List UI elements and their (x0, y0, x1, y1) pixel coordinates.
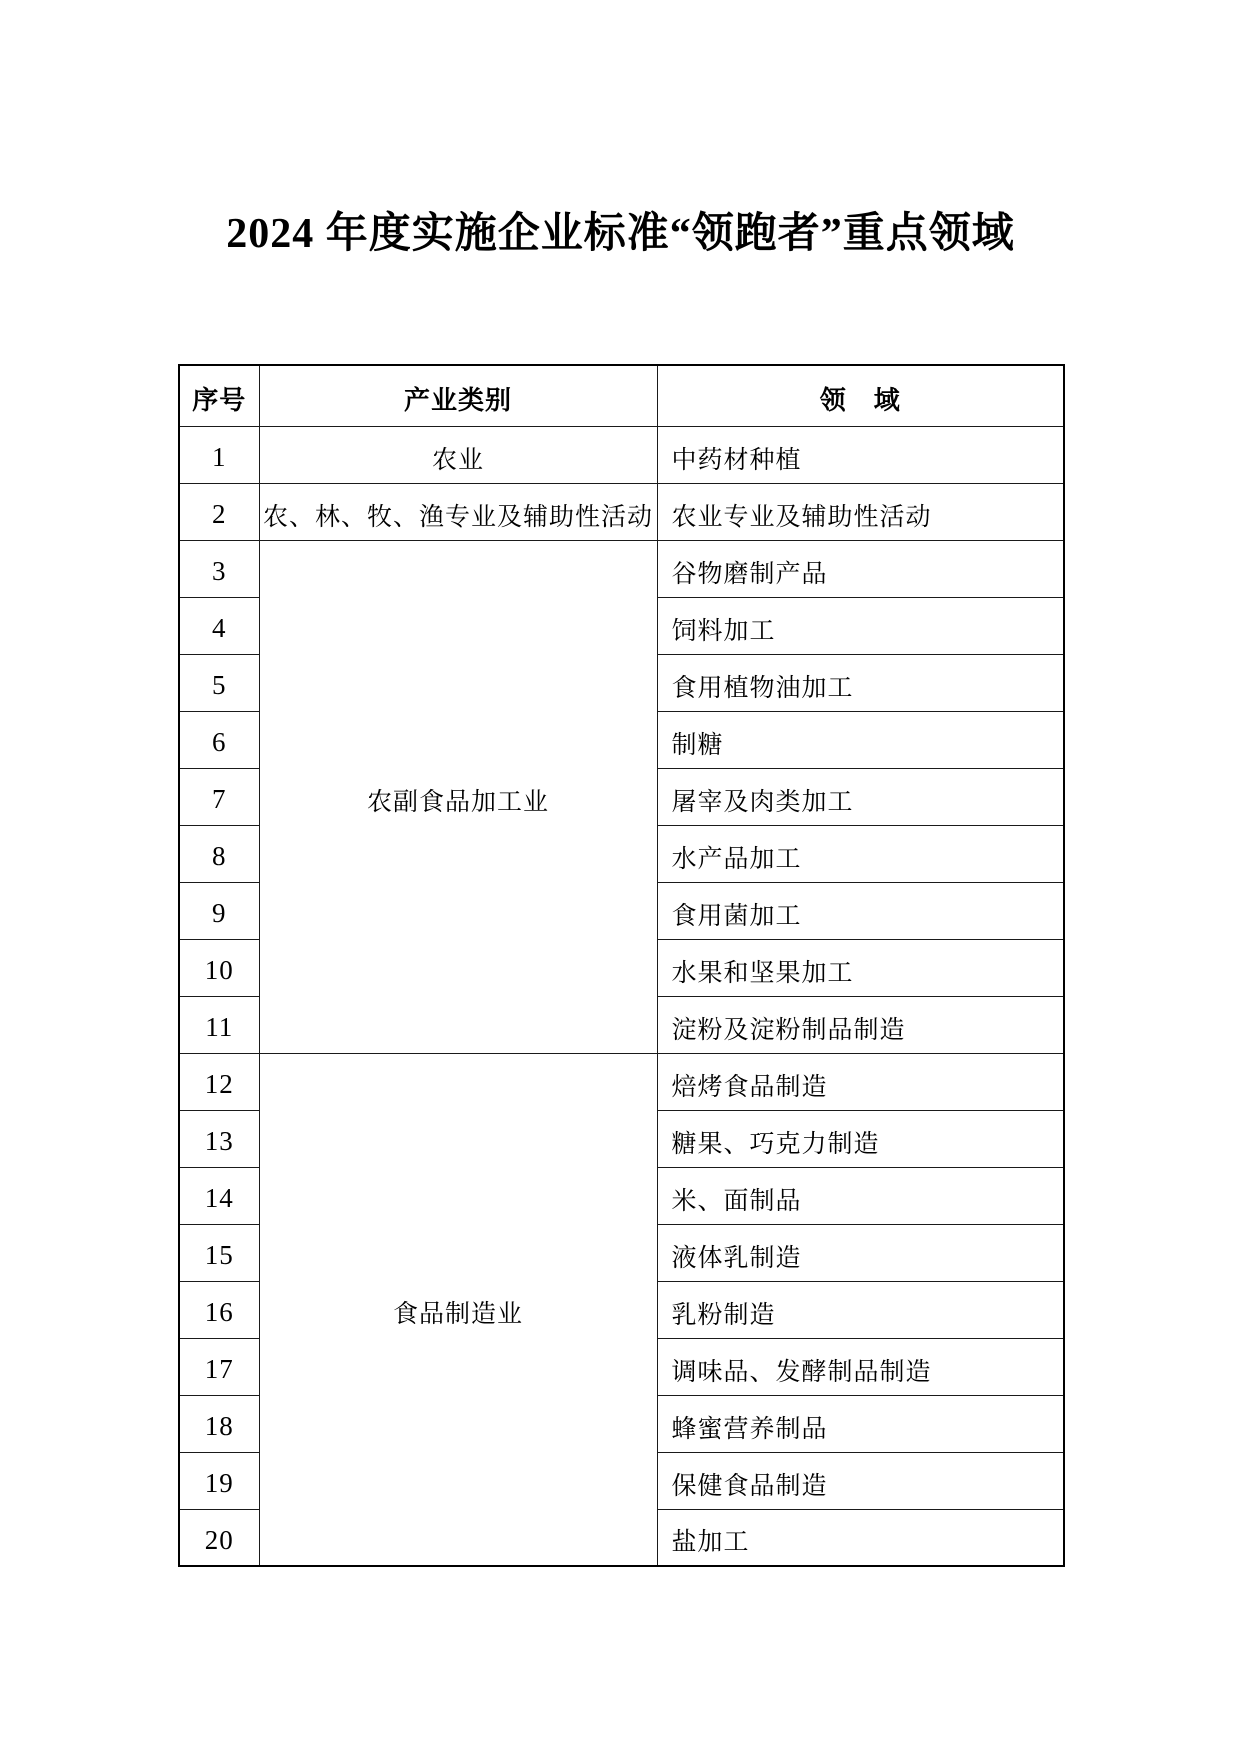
field-cell: 食用菌加工 (657, 882, 1064, 939)
row-index-cell: 9 (179, 882, 259, 939)
row-index-cell: 6 (179, 711, 259, 768)
field-cell: 液体乳制造 (657, 1224, 1064, 1281)
row-index-cell: 13 (179, 1110, 259, 1167)
row-index-cell: 10 (179, 939, 259, 996)
row-index-cell: 11 (179, 996, 259, 1053)
field-cell: 保健食品制造 (657, 1452, 1064, 1509)
row-index-cell: 4 (179, 597, 259, 654)
table-row: 12食品制造业焙烤食品制造 (179, 1053, 1064, 1110)
field-cell: 焙烤食品制造 (657, 1053, 1064, 1110)
row-index-cell: 20 (179, 1509, 259, 1566)
field-cell: 制糖 (657, 711, 1064, 768)
field-cell: 盐加工 (657, 1509, 1064, 1566)
field-cell: 农业专业及辅助性活动 (657, 483, 1064, 540)
field-cell: 水产品加工 (657, 825, 1064, 882)
field-cell: 中药材种植 (657, 426, 1064, 483)
field-cell: 调味品、发酵制品制造 (657, 1338, 1064, 1395)
industry-category-cell: 农业 (259, 426, 657, 483)
row-index-cell: 17 (179, 1338, 259, 1395)
page-title: 2024 年度实施企业标准“领跑者”重点领域 (0, 200, 1241, 260)
header-field: 领 域 (657, 365, 1064, 426)
header-category: 产业类别 (259, 365, 657, 426)
field-cell: 饲料加工 (657, 597, 1064, 654)
key-areas-table: 序号 产业类别 领 域 1农业中药材种植2农、林、牧、渔专业及辅助性活动农业专业… (178, 364, 1065, 1567)
row-index-cell: 8 (179, 825, 259, 882)
table-row: 2农、林、牧、渔专业及辅助性活动农业专业及辅助性活动 (179, 483, 1064, 540)
row-index-cell: 1 (179, 426, 259, 483)
field-cell: 米、面制品 (657, 1167, 1064, 1224)
field-cell: 谷物磨制产品 (657, 540, 1064, 597)
row-index-cell: 12 (179, 1053, 259, 1110)
row-index-cell: 7 (179, 768, 259, 825)
field-cell: 乳粉制造 (657, 1281, 1064, 1338)
row-index-cell: 14 (179, 1167, 259, 1224)
table-row: 1农业中药材种植 (179, 426, 1064, 483)
field-cell: 食用植物油加工 (657, 654, 1064, 711)
field-cell: 蜂蜜营养制品 (657, 1395, 1064, 1452)
row-index-cell: 18 (179, 1395, 259, 1452)
industry-category-cell: 农、林、牧、渔专业及辅助性活动 (259, 483, 657, 540)
row-index-cell: 3 (179, 540, 259, 597)
row-index-cell: 2 (179, 483, 259, 540)
row-index-cell: 5 (179, 654, 259, 711)
row-index-cell: 19 (179, 1452, 259, 1509)
industry-category-cell: 食品制造业 (259, 1053, 657, 1566)
row-index-cell: 16 (179, 1281, 259, 1338)
field-cell: 水果和坚果加工 (657, 939, 1064, 996)
field-cell: 淀粉及淀粉制品制造 (657, 996, 1064, 1053)
row-index-cell: 15 (179, 1224, 259, 1281)
field-cell: 糖果、巧克力制造 (657, 1110, 1064, 1167)
field-cell: 屠宰及肉类加工 (657, 768, 1064, 825)
table-row: 3农副食品加工业谷物磨制产品 (179, 540, 1064, 597)
table-header-row: 序号 产业类别 领 域 (179, 365, 1064, 426)
industry-category-cell: 农副食品加工业 (259, 540, 657, 1053)
header-index: 序号 (179, 365, 259, 426)
